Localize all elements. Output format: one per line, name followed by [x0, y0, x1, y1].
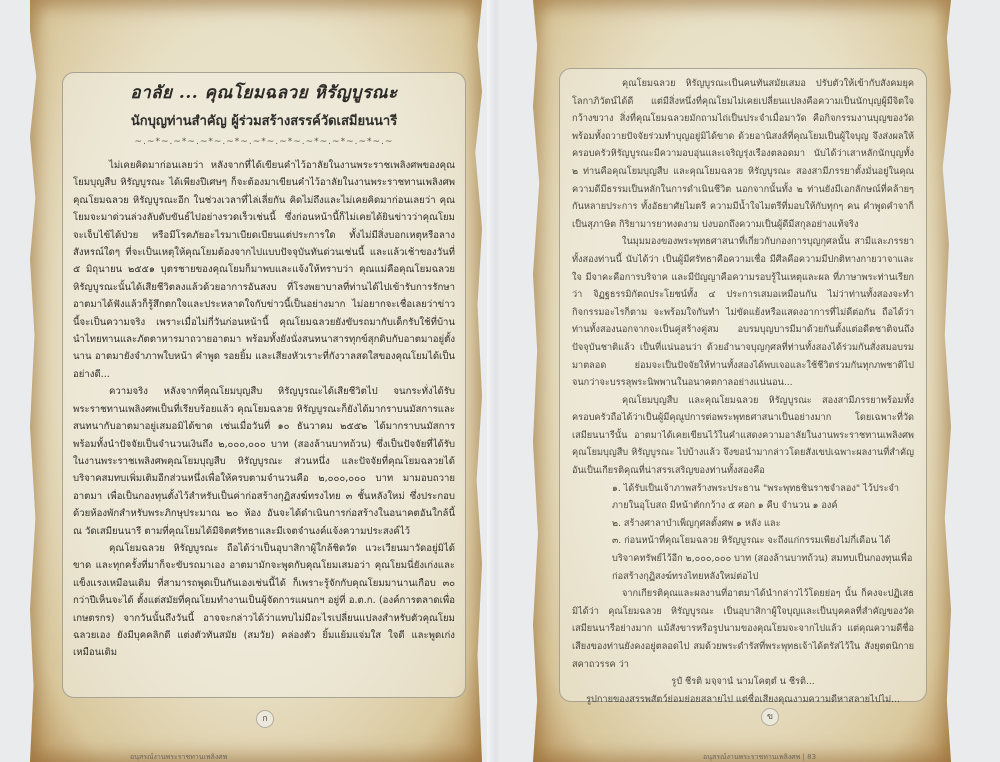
paragraph: คุณโยมบุญสืบ และคุณโยมฉลวย หิรัญบูรณะ สอ… [572, 392, 914, 480]
list-item: ๒. สร้างศาลาบำเพ็ญกุศลตั้งศพ ๑ หลัง และ [572, 515, 914, 533]
book-gutter [487, 0, 501, 762]
ornament-divider: ~.~*~.~*~.~*~.~*~.~*~.~*~.~*~.~*~.~*~.~ [63, 137, 465, 147]
page-footer: อนุสรณ์งานพระราชทานเพลิงศพ [130, 752, 227, 762]
page-title: อาลัย ... คุณโยมฉลวย หิรัญบูรณะ [63, 79, 465, 106]
left-page-text-frame: อาลัย ... คุณโยมฉลวย หิรัญบูรณะ นักบุญท่… [62, 72, 466, 698]
page-footer: อนุสรณ์งานพระราชทานเพลิงศพ | 83 [703, 752, 816, 762]
right-page: คุณโยมฉลวย หิรัญบูรณะเป็นคนทันสมัยเสมอ ป… [533, 0, 951, 762]
pali-verse: รูปํ ชีรติ มจฺจานํ นามโคตฺตํ น ชีรติ... [572, 673, 914, 691]
paragraph: ความจริง หลังจากที่คุณโยมบุญสืบ หิรัญบูร… [73, 383, 455, 540]
verse-translation: รูปกายของสรรพสัตว์ย่อมย่อยสลายไป แต่ชื่อ… [572, 691, 914, 709]
left-page-body: ไม่เคยคิดมาก่อนเลยว่า หลังจากที่ได้เขียน… [63, 157, 465, 662]
list-item: ๓. ก่อนหน้าที่คุณโยมฉลวย หิรัญบูรณะ จะถึ… [572, 532, 914, 585]
paragraph: คุณโยมฉลวย หิรัญบูรณะ ถือได้ว่าเป็นอุบาส… [73, 540, 455, 662]
right-page-body: คุณโยมฉลวย หิรัญบูรณะเป็นคนทันสมัยเสมอ ป… [560, 69, 926, 708]
page-number: ก [256, 710, 274, 728]
left-page: อาลัย ... คุณโยมฉลวย หิรัญบูรณะ นักบุญท่… [30, 0, 482, 762]
page-subtitle: นักบุญท่านสำคัญ ผู้ร่วมสร้างสรรค์วัดเสมี… [63, 110, 465, 131]
right-page-text-frame: คุณโยมฉลวย หิรัญบูรณะเป็นคนทันสมัยเสมอ ป… [559, 68, 927, 702]
paragraph: คุณโยมฉลวย หิรัญบูรณะเป็นคนทันสมัยเสมอ ป… [572, 75, 914, 233]
paragraph: ไม่เคยคิดมาก่อนเลยว่า หลังจากที่ได้เขียน… [73, 157, 455, 383]
paragraph: จากเกียรติคุณและผลงานที่อาตมาได้นำกล่าวไ… [572, 585, 914, 673]
list-item: ๑. ได้รับเป็นเจ้าภาพสร้างพระประธาน "พระพ… [572, 480, 914, 515]
page-number: ข [761, 708, 779, 726]
paragraph: ในมุมมองของพระพุทธศาสนาที่เกี่ยวกับกองกา… [572, 233, 914, 391]
